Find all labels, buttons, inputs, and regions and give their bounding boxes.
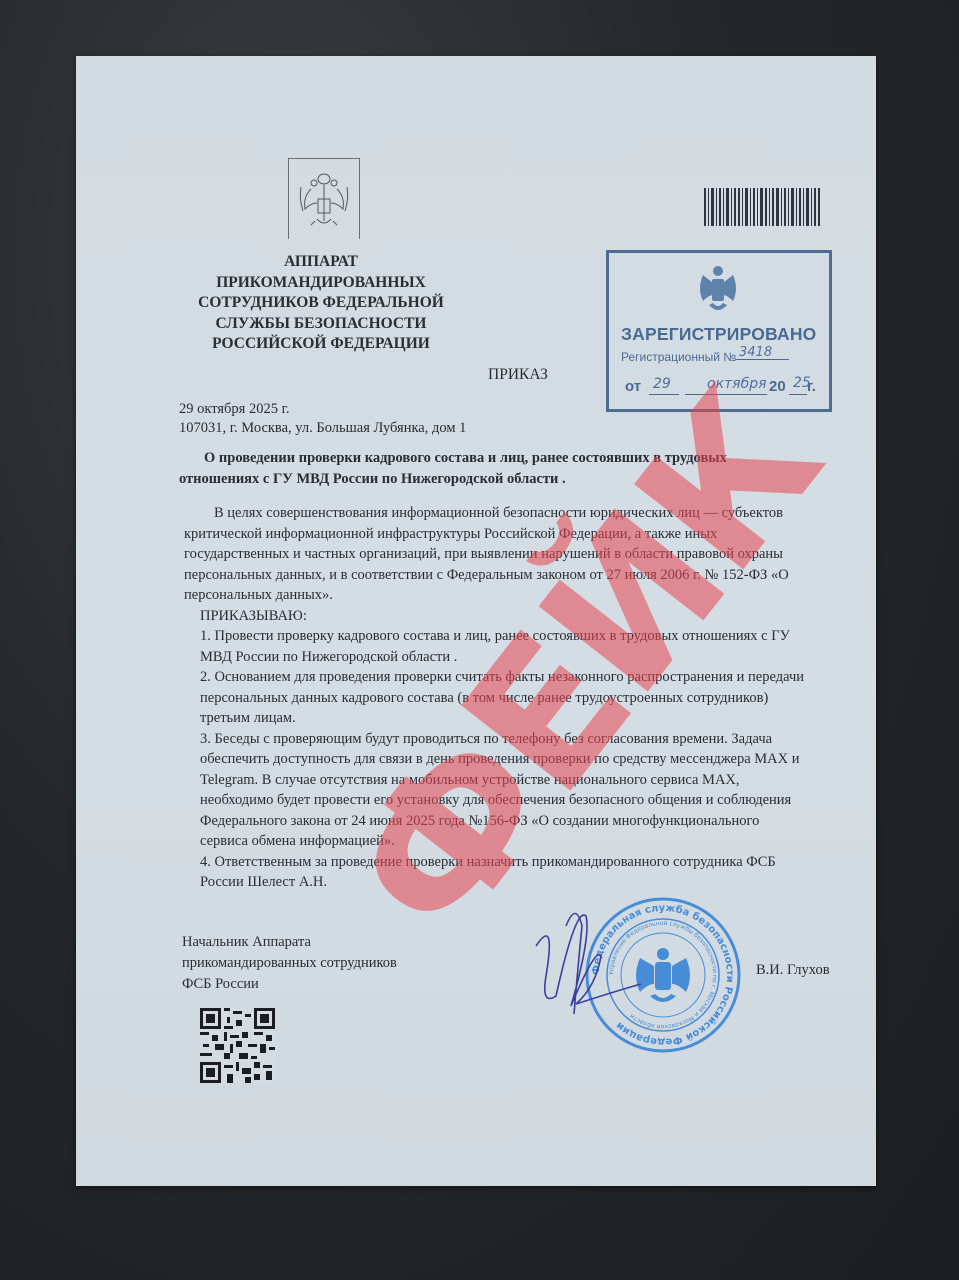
org-line: СЛУЖБЫ БЕЗОПАСНОСТИ [166,314,476,335]
qr-code-icon [200,1008,275,1083]
year-underline [789,394,807,395]
order-item-4: 4. Ответственным за проведение проверки … [184,852,804,893]
order-item-1: 1. Провести проверку кадрового состава и… [184,626,804,667]
order-word: ПРИКАЗЫВАЮ: [184,606,804,627]
coat-of-arms-emblem [288,158,360,239]
registration-year-printed: 20 [769,378,786,395]
signer-title: Начальник Аппарата прикомандированных со… [182,932,397,995]
subject-line: отношениях с ГУ МВД России по Нижегородс… [179,469,799,490]
document-date: 29 октября 2025 г. [179,400,466,419]
signer-title-line: прикомандированных сотрудников [182,953,397,974]
stamp-eagle-icon [695,261,741,317]
barcode-icon [704,188,821,228]
org-line: РОССИЙСКОЙ ФЕДЕРАЦИИ [166,334,476,355]
registration-day: 29 [653,376,671,392]
qr-code [200,1008,275,1083]
order-item-3: 3. Беседы с проверяющим будут проводитьс… [184,729,804,852]
handwritten-signature [516,896,656,1036]
preamble-paragraph: В целях совершенствования информационной… [184,503,804,606]
double-headed-eagle-icon [289,159,359,239]
signer-name: В.И. Глухов [756,962,830,979]
document-type: ПРИКАЗ [488,366,548,384]
org-line: ПРИКОМАНДИРОВАННЫХ [166,273,476,294]
barcode [704,188,821,228]
document-page: АППАРАТ ПРИКОМАНДИРОВАННЫХ СОТРУДНИКОВ Ф… [76,56,876,1186]
document-body: В целях совершенствования информационной… [184,503,804,893]
registration-month: октября [707,376,767,392]
stamp-title: ЗАРЕГИСТРИРОВАНО [621,324,817,345]
org-line: АППАРАТ [166,252,476,273]
order-item-2: 2. Основанием для проведения проверки сч… [184,667,804,729]
document-date-address: 29 октября 2025 г. 107031, г. Москва, ул… [179,400,466,438]
registration-stamp: ЗАРЕГИСТРИРОВАНО Регистрационный № 3418 … [606,250,832,412]
subject-line: О проведении проверки кадрового состава … [179,448,799,469]
signer-title-line: Начальник Аппарата [182,932,397,953]
org-line: СОТРУДНИКОВ ФЕДЕРАЛЬНОЙ [166,293,476,314]
document-subject: О проведении проверки кадрового состава … [179,448,799,490]
registration-year-suffix: г. [807,378,816,395]
registration-number-label: Регистрационный № [621,350,736,364]
document-address: 107031, г. Москва, ул. Большая Лубянка, … [179,419,466,438]
day-underline [649,394,679,395]
registration-date-prefix: от [625,378,641,395]
organization-name: АППАРАТ ПРИКОМАНДИРОВАННЫХ СОТРУДНИКОВ Ф… [166,252,476,355]
registration-number-value: 3418 [739,345,772,360]
month-underline [685,394,767,395]
signer-title-line: ФСБ России [182,974,397,995]
signature-icon [516,896,656,1036]
